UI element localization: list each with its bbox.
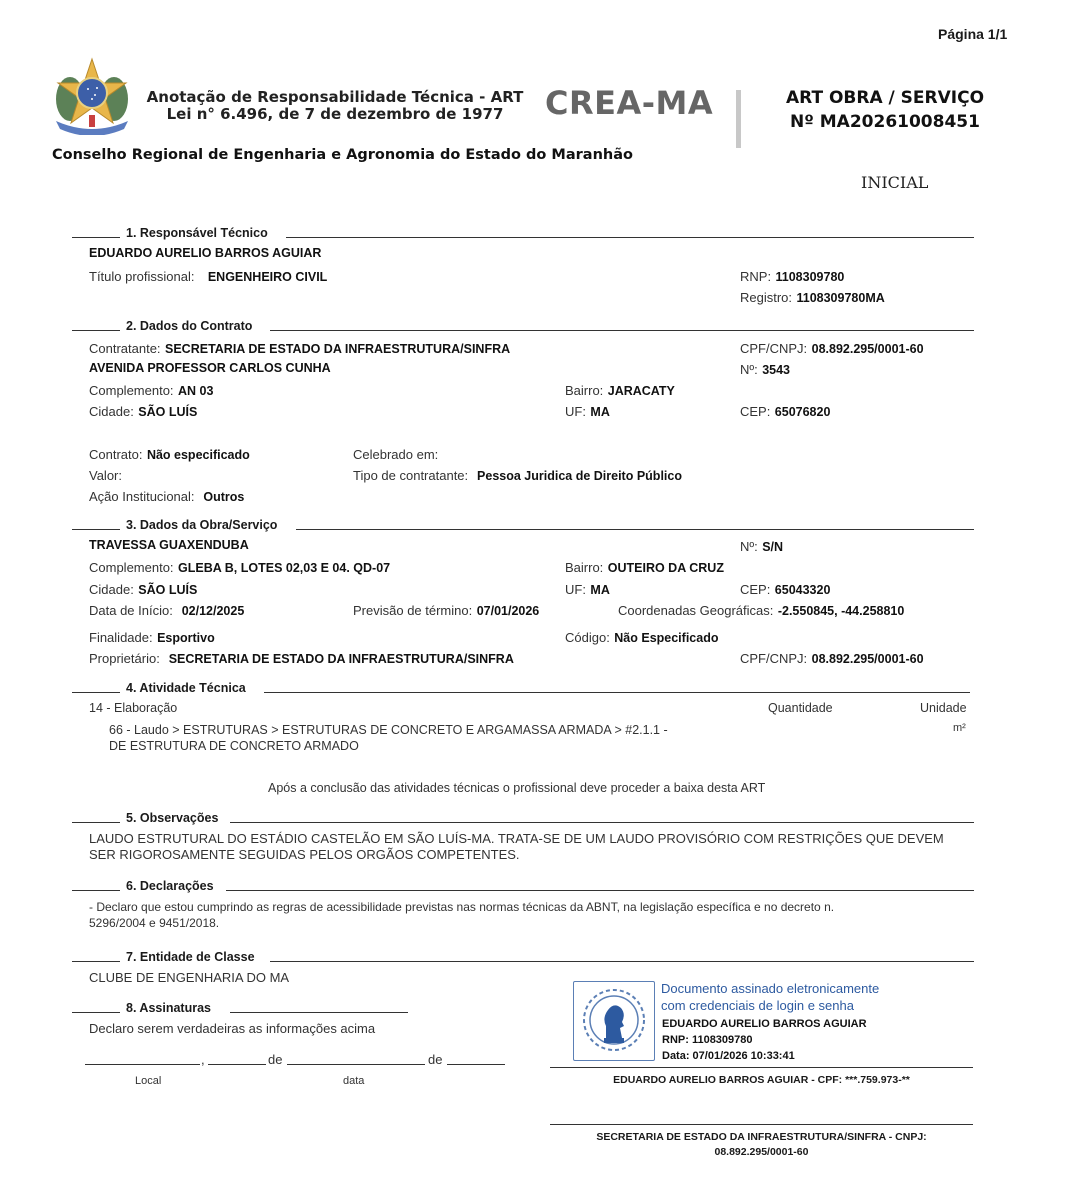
local-caption: Local xyxy=(135,1075,161,1087)
header-divider xyxy=(736,90,741,148)
termino-label: Previsão de término: xyxy=(353,603,472,618)
titulo-value: ENGENHEIRO CIVIL xyxy=(208,270,327,284)
proprietario-label: Proprietário: xyxy=(89,651,160,666)
entidade-classe-value: CLUBE DE ENGENHARIA DO MA xyxy=(89,970,289,985)
art-title: Anotação de Responsabilidade Técnica - A… xyxy=(140,89,530,123)
section-title: 5. Observações xyxy=(126,811,218,825)
contrato-cep-field: CEP: 65076820 xyxy=(740,403,830,421)
cpf-label: CPF/CNPJ: xyxy=(740,651,807,666)
art-type-block: ART OBRA / SERVIÇO Nº MA20261008451 xyxy=(760,86,1010,134)
bairro-value: OUTEIRO DA CRUZ xyxy=(608,561,724,575)
uf-value: MA xyxy=(590,583,609,597)
contrato-uf-field: UF: MA xyxy=(565,403,610,421)
previsao-termino-field: Previsão de término: 07/01/2026 xyxy=(353,602,539,620)
year-blank-line xyxy=(447,1064,505,1065)
de-connector-1: de xyxy=(268,1052,282,1067)
contrato-tipo-field: Contrato: Não especificado xyxy=(89,446,250,464)
inicio-value: 02/12/2025 xyxy=(182,604,245,618)
art-law-line: Lei n° 6.496, de 7 de dezembro de 1977 xyxy=(140,106,530,123)
titulo-field: Título profissional: ENGENHEIRO CIVIL xyxy=(89,268,327,286)
comma: , xyxy=(201,1052,205,1067)
activity-detail: 66 - Laudo > ESTRUTURAS > ESTRUTURAS DE … xyxy=(109,722,668,754)
cpf-label: CPF/CNPJ: xyxy=(740,341,807,356)
baixa-notice: Após a conclusão das atividades técnicas… xyxy=(268,781,765,795)
section-header-observacoes: 5. Observações xyxy=(72,809,974,825)
activity-name: 14 - Elaboração xyxy=(89,701,177,715)
art-number: Nº MA20261008451 xyxy=(760,110,1010,134)
section-header-obra: 3. Dados da Obra/Serviço xyxy=(72,516,974,532)
section-title: 8. Assinaturas xyxy=(126,1001,211,1015)
tipo-contratante-label: Tipo de contratante: xyxy=(353,468,468,483)
cep-value: 65076820 xyxy=(775,405,831,419)
declaracoes-text: - Declaro que estou cumprindo as regras … xyxy=(89,899,834,931)
assinaturas-declaration: Declaro serem verdadeiras as informações… xyxy=(89,1021,375,1036)
complemento-value: GLEBA B, LOTES 02,03 E 04. QD-07 xyxy=(178,561,390,575)
complemento-label: Complemento: xyxy=(89,560,174,575)
signer-date: Data: 07/01/2026 10:33:41 xyxy=(662,1048,867,1064)
rnp-label: RNP: xyxy=(740,269,771,284)
valor-field: Valor: xyxy=(89,467,122,485)
section-title: 6. Declarações xyxy=(126,879,214,893)
coord-value: -2.550845, -44.258810 xyxy=(778,604,905,618)
signed-note-line1: Documento assinado eletronicamente xyxy=(661,980,879,997)
signer-rnp: RNP: 1108309780 xyxy=(662,1032,867,1048)
acao-institucional-field: Ação Institucional: Outros xyxy=(89,488,244,506)
numero-value: 3543 xyxy=(762,363,790,377)
month-blank-line xyxy=(287,1064,425,1065)
codigo-label: Código: xyxy=(565,630,610,645)
uf-label: UF: xyxy=(565,582,586,597)
cpf-value: 08.892.295/0001-60 xyxy=(812,652,924,666)
signed-electronically-note: Documento assinado eletronicamente com c… xyxy=(661,980,879,1014)
obra-endereco: TRAVESSA GUAXENDUBA xyxy=(89,538,249,552)
contrato-label: Contrato: xyxy=(89,447,142,462)
contractor-signature-line xyxy=(550,1124,973,1125)
page-indicator: Página 1/1 xyxy=(938,26,1007,42)
tipo-contratante-field: Tipo de contratante: Pessoa Juridica de … xyxy=(353,467,682,485)
contrato-cpf-field: CPF/CNPJ: 08.892.295/0001-60 xyxy=(740,340,924,358)
observacoes-line1: LAUDO ESTRUTURAL DO ESTÁDIO CASTELÃO EM … xyxy=(89,831,944,847)
data-inicio-field: Data de Início: 02/12/2025 xyxy=(89,602,244,620)
section-header-responsavel: 1. Responsável Técnico xyxy=(72,224,974,240)
cep-value: 65043320 xyxy=(775,583,831,597)
celebrado-label: Celebrado em: xyxy=(353,447,438,462)
brazil-coat-of-arms-icon xyxy=(50,55,134,135)
cep-label: CEP: xyxy=(740,404,770,419)
codigo-field: Código: Não Especificado xyxy=(565,629,718,647)
coord-label: Coordenadas Geográficas: xyxy=(618,603,773,618)
finalidade-label: Finalidade: xyxy=(89,630,153,645)
section-title: 7. Entidade de Classe xyxy=(126,950,255,964)
numero-label: Nº: xyxy=(740,362,758,377)
obra-cidade-field: Cidade: SÃO LUÍS xyxy=(89,581,197,599)
obra-numero-field: Nº: S/N xyxy=(740,538,783,556)
activity-detail-line1: 66 - Laudo > ESTRUTURAS > ESTRUTURAS DE … xyxy=(109,722,668,738)
professional-name: EDUARDO AURELIO BARROS AGUIAR xyxy=(89,246,321,260)
valor-label: Valor: xyxy=(89,468,122,483)
art-status: INICIAL xyxy=(861,173,928,192)
titulo-label: Título profissional: xyxy=(89,269,195,284)
section-title: 3. Dados da Obra/Serviço xyxy=(126,518,277,532)
local-blank-line xyxy=(85,1064,200,1065)
bairro-label: Bairro: xyxy=(565,560,603,575)
acao-value: Outros xyxy=(203,490,244,504)
obra-cpf-field: CPF/CNPJ: 08.892.295/0001-60 xyxy=(740,650,924,668)
contratante-field: Contratante: SECRETARIA DE ESTADO DA INF… xyxy=(89,340,510,358)
signer-details: EDUARDO AURELIO BARROS AGUIAR RNP: 11083… xyxy=(662,1016,867,1064)
council-name: Conselho Regional de Engenharia e Agrono… xyxy=(52,147,633,163)
bairro-value: JARACATY xyxy=(608,384,675,398)
crea-brand: CREA-MA xyxy=(545,84,713,122)
contrato-bairro-field: Bairro: JARACATY xyxy=(565,382,675,400)
contratante-label: Contratante: xyxy=(89,341,161,356)
contractor-caption-line2: 08.892.295/0001-60 xyxy=(550,1145,973,1160)
cidade-value: SÃO LUÍS xyxy=(138,583,197,597)
confea-seal-icon xyxy=(573,981,655,1061)
finalidade-field: Finalidade: Esportivo xyxy=(89,629,215,647)
obra-complemento-field: Complemento: GLEBA B, LOTES 02,03 E 04. … xyxy=(89,559,390,577)
section-header-declaracoes: 6. Declarações xyxy=(72,877,974,893)
observacoes-line2: SER RIGOROSAMENTE SEGUIDAS PELOS ORGÃOS … xyxy=(89,847,944,863)
numero-label: Nº: xyxy=(740,539,758,554)
section-header-assinaturas: 8. Assinaturas xyxy=(72,999,408,1015)
cidade-label: Cidade: xyxy=(89,582,134,597)
professional-signature-caption: EDUARDO AURELIO BARROS AGUIAR - CPF: ***… xyxy=(550,1074,973,1086)
registro-label: Registro: xyxy=(740,290,792,305)
rnp-value: 1108309780 xyxy=(776,270,845,284)
contrato-complemento-field: Complemento: AN 03 xyxy=(89,382,213,400)
art-title-line1: Anotação de Responsabilidade Técnica - A… xyxy=(140,89,530,106)
obra-uf-field: UF: MA xyxy=(565,581,610,599)
contrato-cidade-field: Cidade: SÃO LUÍS xyxy=(89,403,197,421)
contractor-signature-caption: SECRETARIA DE ESTADO DA INFRAESTRUTURA/S… xyxy=(550,1130,973,1160)
bairro-label: Bairro: xyxy=(565,383,603,398)
day-blank-line xyxy=(208,1064,266,1065)
obra-cep-field: CEP: 65043320 xyxy=(740,581,830,599)
complemento-value: AN 03 xyxy=(178,384,213,398)
uf-label: UF: xyxy=(565,404,586,419)
obra-bairro-field: Bairro: OUTEIRO DA CRUZ xyxy=(565,559,724,577)
codigo-value: Não Especificado xyxy=(614,631,718,645)
proprietario-field: Proprietário: SECRETARIA DE ESTADO DA IN… xyxy=(89,650,514,668)
section-header-atividade: 4. Atividade Técnica xyxy=(72,679,970,695)
finalidade-value: Esportivo xyxy=(157,631,215,645)
uf-value: MA xyxy=(590,405,609,419)
declaracoes-line2: 5296/2004 e 9451/2018. xyxy=(89,915,834,931)
cep-label: CEP: xyxy=(740,582,770,597)
activity-detail-line2: DE ESTRUTURA DE CONCRETO ARMADO xyxy=(109,738,668,754)
signer-name: EDUARDO AURELIO BARROS AGUIAR xyxy=(662,1016,867,1032)
section-title: 1. Responsável Técnico xyxy=(126,226,268,240)
contrato-numero-field: Nº: 3543 xyxy=(740,361,790,379)
cpf-value: 08.892.295/0001-60 xyxy=(812,342,924,356)
section-header-entidade: 7. Entidade de Classe xyxy=(72,948,974,964)
inicio-label: Data de Início: xyxy=(89,603,173,618)
quantidade-header: Quantidade xyxy=(768,701,833,715)
registro-value: 1108309780MA xyxy=(796,291,884,305)
rnp-field: RNP: 1108309780 xyxy=(740,268,844,286)
contractor-caption-line1: SECRETARIA DE ESTADO DA INFRAESTRUTURA/S… xyxy=(550,1130,973,1145)
cidade-value: SÃO LUÍS xyxy=(138,405,197,419)
tipo-contratante-value: Pessoa Juridica de Direito Público xyxy=(477,469,682,483)
declaracoes-line1: - Declaro que estou cumprindo as regras … xyxy=(89,899,834,915)
data-caption: data xyxy=(343,1075,364,1087)
section-title: 2. Dados do Contrato xyxy=(126,319,252,333)
unidade-header: Unidade xyxy=(920,701,967,715)
de-connector-2: de xyxy=(428,1052,442,1067)
registro-field: Registro: 1108309780MA xyxy=(740,289,885,307)
observacoes-text: LAUDO ESTRUTURAL DO ESTÁDIO CASTELÃO EM … xyxy=(89,831,944,863)
contrato-endereco: AVENIDA PROFESSOR CARLOS CUNHA xyxy=(89,361,331,375)
contrato-value: Não especificado xyxy=(147,448,250,462)
section-header-contrato: 2. Dados do Contrato xyxy=(72,317,974,333)
cidade-label: Cidade: xyxy=(89,404,134,419)
contratante-value: SECRETARIA DE ESTADO DA INFRAESTRUTURA/S… xyxy=(165,342,510,356)
numero-value: S/N xyxy=(762,540,783,554)
signed-note-line2: com credenciais de login e senha xyxy=(661,997,879,1014)
unidade-value: m² xyxy=(953,722,966,734)
coordenadas-field: Coordenadas Geográficas: -2.550845, -44.… xyxy=(618,602,904,620)
professional-signature-line xyxy=(550,1067,973,1068)
proprietario-value: SECRETARIA DE ESTADO DA INFRAESTRUTURA/S… xyxy=(169,652,514,666)
celebrado-field: Celebrado em: xyxy=(353,446,438,464)
art-type: ART OBRA / SERVIÇO xyxy=(760,86,1010,110)
acao-label: Ação Institucional: xyxy=(89,489,195,504)
complemento-label: Complemento: xyxy=(89,383,174,398)
termino-value: 07/01/2026 xyxy=(477,604,540,618)
section-title: 4. Atividade Técnica xyxy=(126,681,246,695)
